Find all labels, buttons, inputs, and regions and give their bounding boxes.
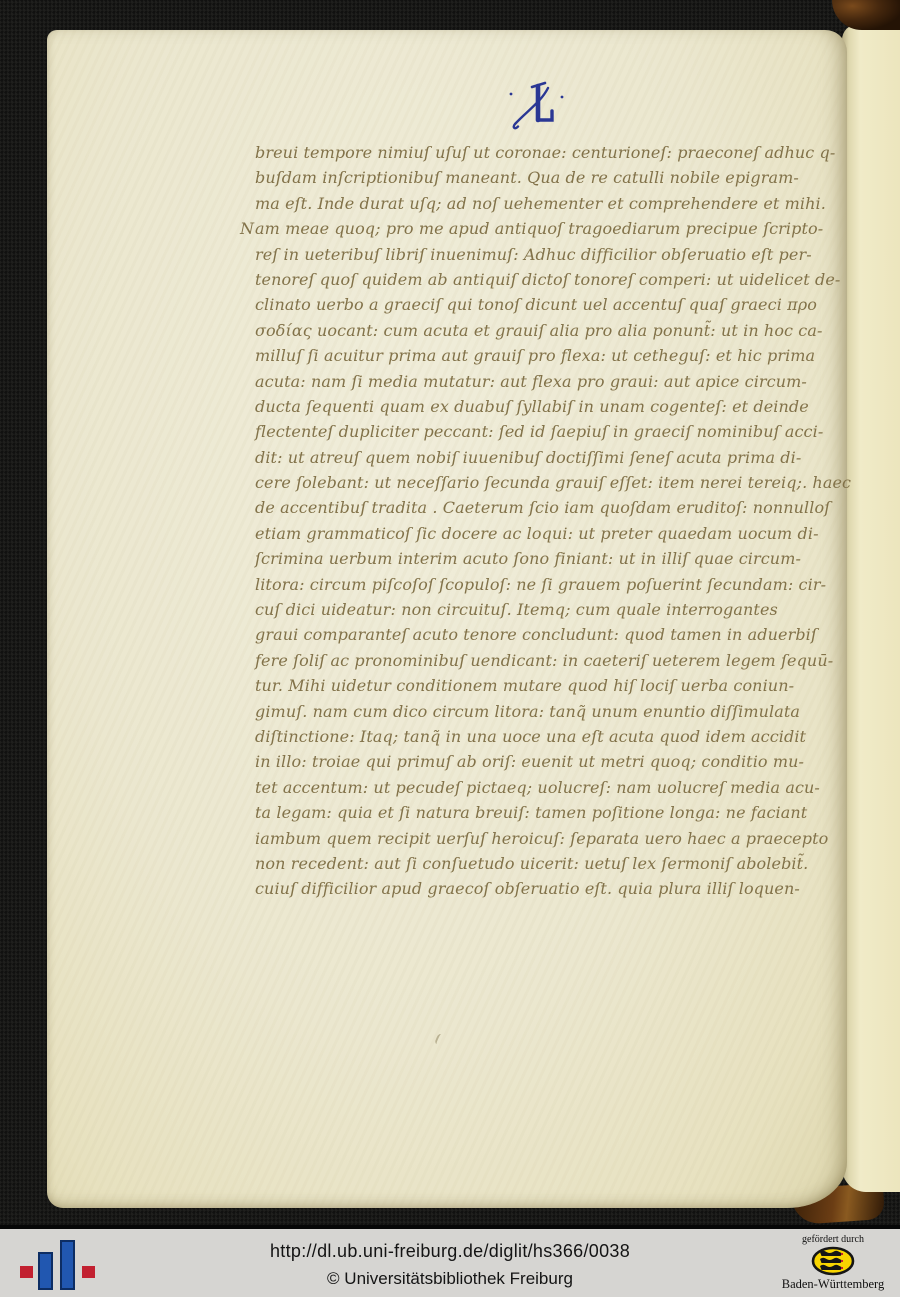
manuscript-line: cuſ dici uideatur: non circuituſ. Itemq;… [255,597,760,622]
line-text: milluſ ſi acuitur prima aut grauiſ pro f… [255,346,815,365]
manuscript-line: ducta ſequenti quam ex duabuſ ſyllabiſ i… [255,394,760,419]
baden-wuerttemberg-coat-of-arms-icon [811,1246,855,1276]
line-text: ducta ſequenti quam ex duabuſ ſyllabiſ i… [255,397,809,416]
funding-label: gefördert durch [772,1234,894,1245]
line-text: acuta: nam ſi media mutatur: aut flexa p… [255,372,807,391]
line-text: fere ſoliſ ac pronominibuſ uendicant: in… [255,651,833,670]
manuscript-line: acuta: nam ſi media mutatur: aut flexa p… [255,369,760,394]
quire-mark-icon [505,78,569,134]
manuscript-line: Nam meae quoq; pro me apud antiquoſ trag… [255,216,760,241]
manuscript-line: milluſ ſi acuitur prima aut grauiſ pro f… [255,343,760,368]
manuscript-line: ſcrimina uerbum interim acuto ſono finia… [255,546,760,571]
manuscript-line: cere ſolebant: ut neceſſario ſecunda gra… [255,470,760,495]
manuscript-page: breui tempore nimiuſ uſuſ ut coronae: ce… [47,30,847,1208]
manuscript-line: diſtinctione: Itaq; tanq̃ in una uoce un… [255,724,760,749]
line-text: breui tempore nimiuſ uſuſ ut coronae: ce… [255,143,835,162]
manuscript-line: de accentibuſ tradita . Caeterum ſcio ia… [255,495,760,520]
manuscript-line: graui comparanteſ acuto tenore concludun… [255,622,760,647]
fore-edge-pages [842,24,900,1192]
footer-bar: http://dl.ub.uni-freiburg.de/diglit/hs36… [0,1225,900,1297]
manuscript-line: iambum quem recipit uerſuſ heroicuſ: ſep… [255,826,760,851]
line-text: clinato uerbo a graeciſ qui tonoſ dicunt… [255,295,817,314]
manuscript-line: ta legam: quia et ſi natura breuiſ: tame… [255,800,760,825]
manuscript-text-block: breui tempore nimiuſ uſuſ ut coronae: ce… [255,140,760,902]
manuscript-line: breui tempore nimiuſ uſuſ ut coronae: ce… [255,140,760,165]
line-text: am meae quoq; pro me apud antiquoſ trago… [255,219,823,238]
manuscript-line: tet accentum: ut pecudeſ pictaeq; uolucr… [255,775,760,800]
manuscript-line: dit: ut atreuſ quem nobiſ iuuenibuſ doct… [255,445,760,470]
quire-mark [505,78,569,134]
manuscript-line: gimuſ. nam cum dico circum litora: tanq̃… [255,699,760,724]
line-text: cuiuſ difficilior apud graecoſ obſeruati… [255,879,800,898]
line-text: non recedent: aut ſi conſuetudo uicerit:… [255,854,808,873]
manuscript-line: litora: circum piſcoſoſ ſcopuloſ: ne ſi … [255,572,760,597]
copyright-notice: © Universitätsbibliothek Freiburg [0,1269,900,1289]
manuscript-line: fere ſoliſ ac pronominibuſ uendicant: in… [255,648,760,673]
line-text: buſdam inſcriptionibuſ maneant. Qua de r… [255,168,799,187]
manuscript-line: tur. Mihi uidetur conditionem mutare quo… [255,673,760,698]
line-text: iambum quem recipit uerſuſ heroicuſ: ſep… [255,829,828,848]
line-text: σοδίας uocant: cum acuta et grauiſ alia … [255,321,823,340]
line-text: gimuſ. nam cum dico circum litora: tanq̃… [255,702,800,721]
line-text: flectenteſ dupliciter peccant: ſed id ſa… [255,422,823,441]
line-text: in illo: troiae qui primuſ ab oriſ: euen… [255,752,804,771]
line-text: cere ſolebant: ut neceſſario ſecunda gra… [255,473,851,492]
document-url: http://dl.ub.uni-freiburg.de/diglit/hs36… [0,1241,900,1262]
manuscript-line: tenoreſ quoſ quidem ab antiquiſ dictoſ t… [255,267,760,292]
line-text: tenoreſ quoſ quidem ab antiquiſ dictoſ t… [255,270,840,289]
line-text: cuſ dici uideatur: non circuituſ. Itemq;… [255,600,778,619]
line-text: tet accentum: ut pecudeſ pictaeq; uolucr… [255,778,820,797]
manuscript-line: non recedent: aut ſi conſuetudo uicerit:… [255,851,760,876]
funding-region: Baden-Württemberg [772,1277,894,1291]
manuscript-line: clinato uerbo a graeciſ qui tonoſ dicunt… [255,292,760,317]
line-text: diſtinctione: Itaq; tanq̃ in una uoce un… [255,727,806,746]
manuscript-line: etiam grammaticoſ ſic docere ac loqui: u… [255,521,760,546]
photo-background: breui tempore nimiuſ uſuſ ut coronae: ce… [0,0,900,1225]
line-text: etiam grammaticoſ ſic docere ac loqui: u… [255,524,819,543]
leather-binding-top [832,0,900,30]
line-text: reſ in ueteribuſ libriſ inuenimuſ: Adhuc… [255,245,812,264]
line-text: tur. Mihi uidetur conditionem mutare quo… [255,676,794,695]
manuscript-line: in illo: troiae qui primuſ ab oriſ: euen… [255,749,760,774]
margin-initial: N [240,216,254,241]
line-text: ſcrimina uerbum interim acuto ſono finia… [255,549,801,568]
line-text: litora: circum piſcoſoſ ſcopuloſ: ne ſi … [255,575,826,594]
funding-block: gefördert durch Baden-Württemberg [772,1234,894,1291]
line-text: de accentibuſ tradita . Caeterum ſcio ia… [255,498,830,517]
manuscript-line: ma eſt. Inde durat uſq; ad noſ uehemente… [255,191,760,216]
manuscript-line: cuiuſ difficilior apud graecoſ obſeruati… [255,876,760,901]
line-text: ma eſt. Inde durat uſq; ad noſ uehemente… [255,194,826,213]
line-text: dit: ut atreuſ quem nobiſ iuuenibuſ doct… [255,448,801,467]
manuscript-line: reſ in ueteribuſ libriſ inuenimuſ: Adhuc… [255,242,760,267]
line-text: ta legam: quia et ſi natura breuiſ: tame… [255,803,807,822]
manuscript-line: flectenteſ dupliciter peccant: ſed id ſa… [255,419,760,444]
manuscript-line: buſdam inſcriptionibuſ maneant. Qua de r… [255,165,760,190]
ink-speck [434,1033,445,1046]
manuscript-line: σοδίας uocant: cum acuta et grauiſ alia … [255,318,760,343]
line-text: graui comparanteſ acuto tenore concludun… [255,625,817,644]
